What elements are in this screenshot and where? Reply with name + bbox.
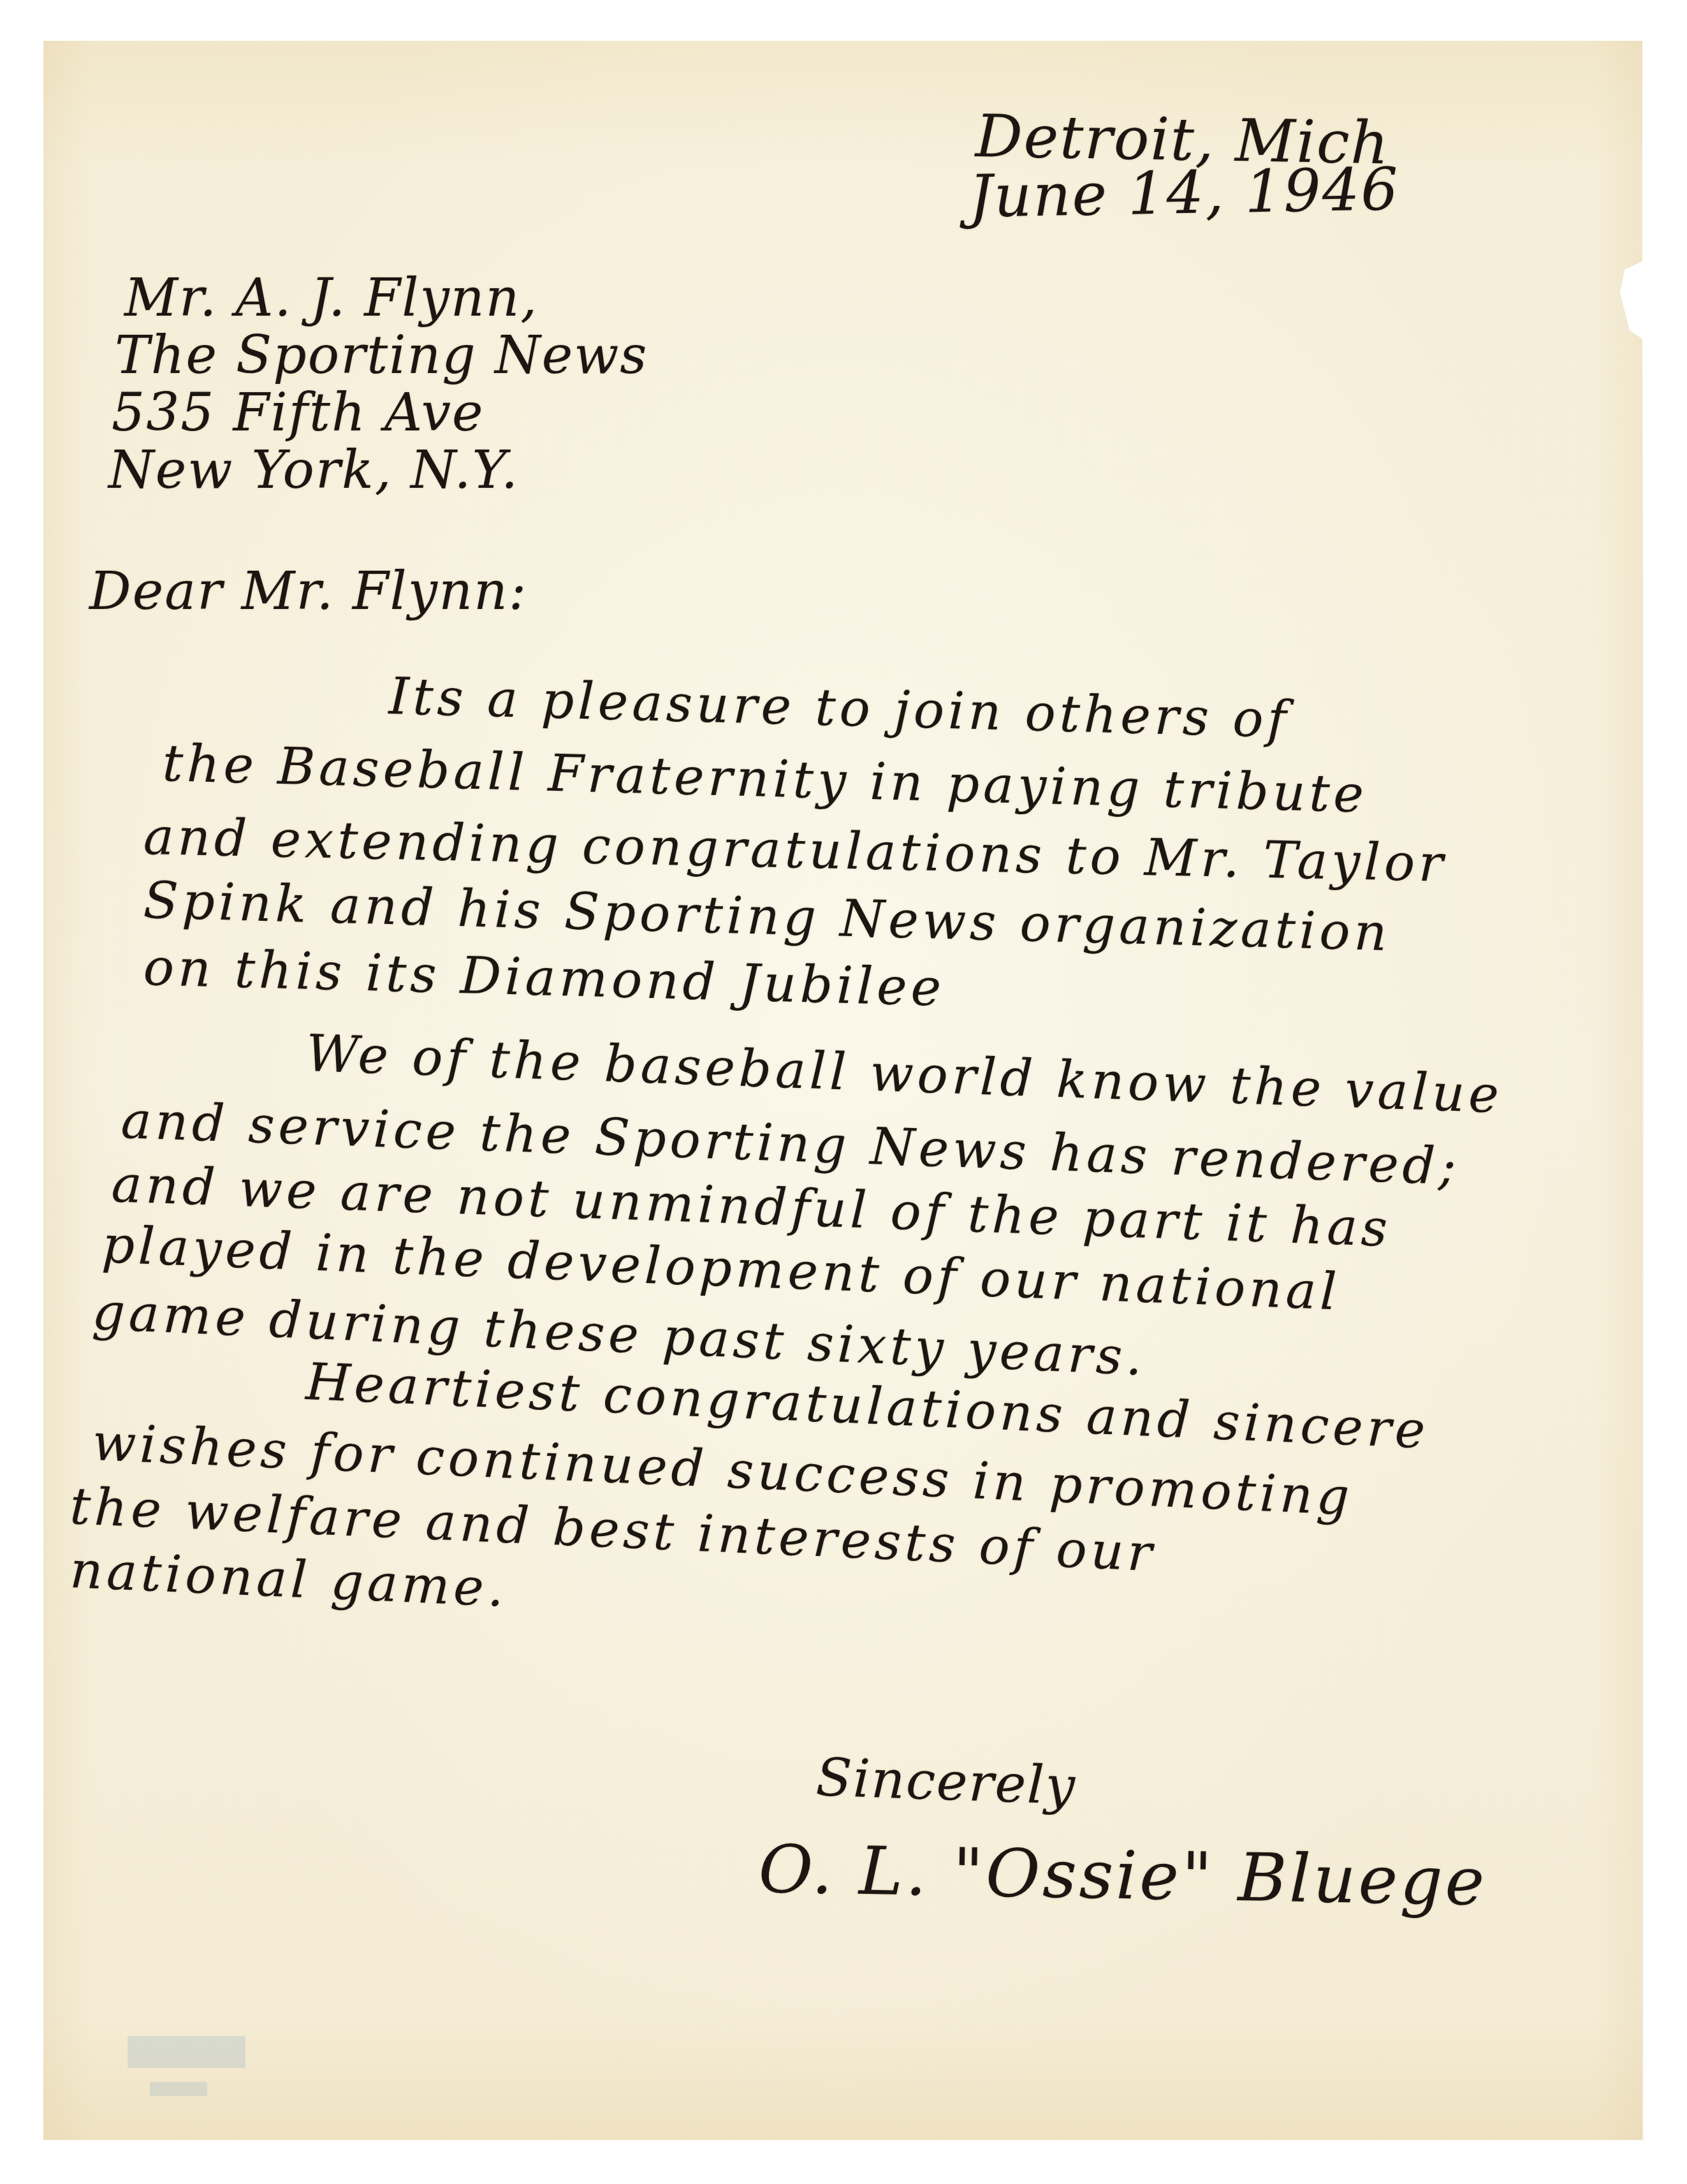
closing: Sincerely [815,1747,1077,1817]
archival-stamp [128,2036,245,2068]
recipient-city: New York, N.Y. [108,440,519,501]
recipient-name: Mr. A. J. Flynn, [124,268,538,328]
recipient-organization: The Sporting News [115,325,648,386]
archival-stamp-small [150,2082,207,2096]
signature: O. L. "Ossie" Bluege [758,1830,1487,1921]
letter-date: June 14, 1946 [968,155,1400,231]
recipient-street: 535 Fifth Ave [112,383,485,443]
salutation: Dear Mr. Flynn: [89,561,527,622]
